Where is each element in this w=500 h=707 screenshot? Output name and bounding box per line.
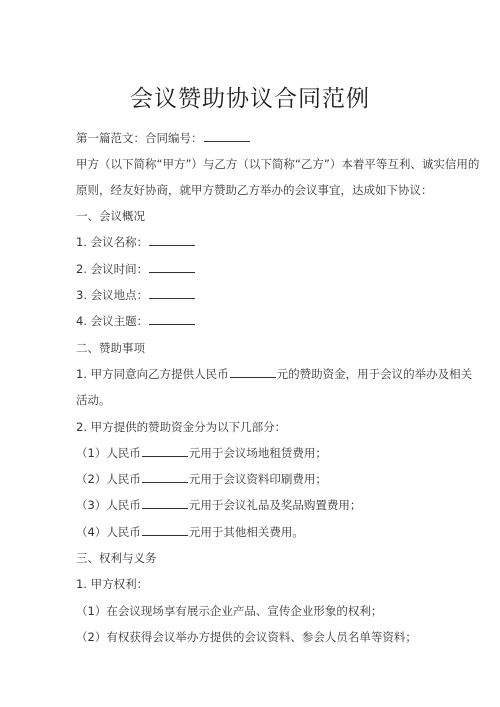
fill-in-blank[interactable] [142,445,188,457]
party-a-rights-line: 1. 甲方权利： [76,576,148,592]
sponsorship-amount-line: 1. 甲方同意向乙方提供人民币元的赞助资金，用于会议的举办及相关 [76,366,472,382]
line-text: 元用于会议礼品及奖品购置费用； [189,498,362,512]
fill-in-blank[interactable] [142,471,188,483]
fund-part-1-line: （1）人民币元用于会议场地租赁费用； [76,445,327,461]
party-a-right-2-line: （2）有权获得会议举办方提供的会议资料、参会人员名单等资料； [76,629,417,645]
fill-in-blank[interactable] [142,497,188,509]
fill-in-blank[interactable] [149,287,195,299]
line-text: 活动。 [76,393,111,407]
fund-part-3-line: （3）人民币元用于会议礼品及奖品购置费用； [76,497,361,513]
document-page: 会议赞助协议合同范例 第一篇范文：合同编号： 甲方（以下简称“甲方”）与乙方（以… [0,0,500,707]
section-heading-text: 二、赞助事项 [76,341,145,355]
section-heading-text: 一、会议概况 [76,209,145,223]
fund-parts-line: 2. 甲方提供的赞助资金分为以下几部分： [76,419,286,435]
fund-part-2-line: （2）人民币元用于会议资料印刷费用； [76,471,327,487]
section-heading-1: 一、会议概况 [76,208,145,224]
section-heading-2: 二、赞助事项 [76,340,145,356]
line-text: 1. 甲方权利： [76,577,148,591]
section-heading-3: 三、权利与义务 [76,550,157,566]
sponsorship-amount-line-cont: 活动。 [76,392,111,408]
line-text: 第一篇范文：合同编号： [76,131,203,145]
meeting-time-line: 2. 会议时间： [76,261,196,277]
section-heading-text: 三、权利与义务 [76,551,157,565]
line-text: 4. 会议主题： [76,314,148,328]
line-text: 甲方（以下简称“甲方”）与乙方（以下简称“乙方”）本着平等互利、诚实信用的 [76,157,479,171]
line-text: （2）人民币 [76,472,141,486]
fill-in-blank[interactable] [230,366,276,378]
fill-in-blank[interactable] [142,524,188,536]
line-text: （1）人民币 [76,446,141,460]
document-title: 会议赞助协议合同范例 [0,84,500,114]
line-text: 1. 会议名称： [76,235,148,249]
meeting-name-line: 1. 会议名称： [76,234,196,250]
fund-part-4-line: （4）人民币元用于其他相关费用。 [76,524,304,540]
meeting-theme-line: 4. 会议主题： [76,313,196,329]
line-text: 2. 甲方提供的赞助资金分为以下几部分： [76,420,286,434]
intro-line-1: 甲方（以下简称“甲方”）与乙方（以下简称“乙方”）本着平等互利、诚实信用的 [76,156,479,172]
party-a-right-1-line: （1）在会议现场享有展示企业产品、宣传企业形象的权利； [76,603,382,619]
fill-in-blank[interactable] [149,313,195,325]
meeting-location-line: 3. 会议地点： [76,287,196,303]
line-text: （3）人民币 [76,498,141,512]
line-text: 2. 会议时间： [76,262,148,276]
line-text: （2）有权获得会议举办方提供的会议资料、参会人员名单等资料； [76,630,417,644]
line-text: （1）在会议现场享有展示企业产品、宣传企业形象的权利； [76,604,382,618]
line-text: 元用于其他相关费用。 [189,525,304,539]
line-text: 元用于会议场地租赁费用； [189,446,327,460]
intro-line-2: 原则，经友好协商，就甲方赞助乙方举办的会议事宜，达成如下协议： [76,182,433,198]
line-text: 3. 会议地点： [76,288,148,302]
line-text: （4）人民币 [76,525,141,539]
fill-in-blank[interactable] [149,234,195,246]
fill-in-blank[interactable] [204,130,250,142]
line-text: 原则，经友好协商，就甲方赞助乙方举办的会议事宜，达成如下协议： [76,183,433,197]
fill-in-blank[interactable] [149,261,195,273]
contract-number-line: 第一篇范文：合同编号： [76,130,251,146]
line-text: 元用于会议资料印刷费用； [189,472,327,486]
line-text: 1. 甲方同意向乙方提供人民币 [76,367,229,381]
line-text: 元的赞助资金，用于会议的举办及相关 [277,367,473,381]
